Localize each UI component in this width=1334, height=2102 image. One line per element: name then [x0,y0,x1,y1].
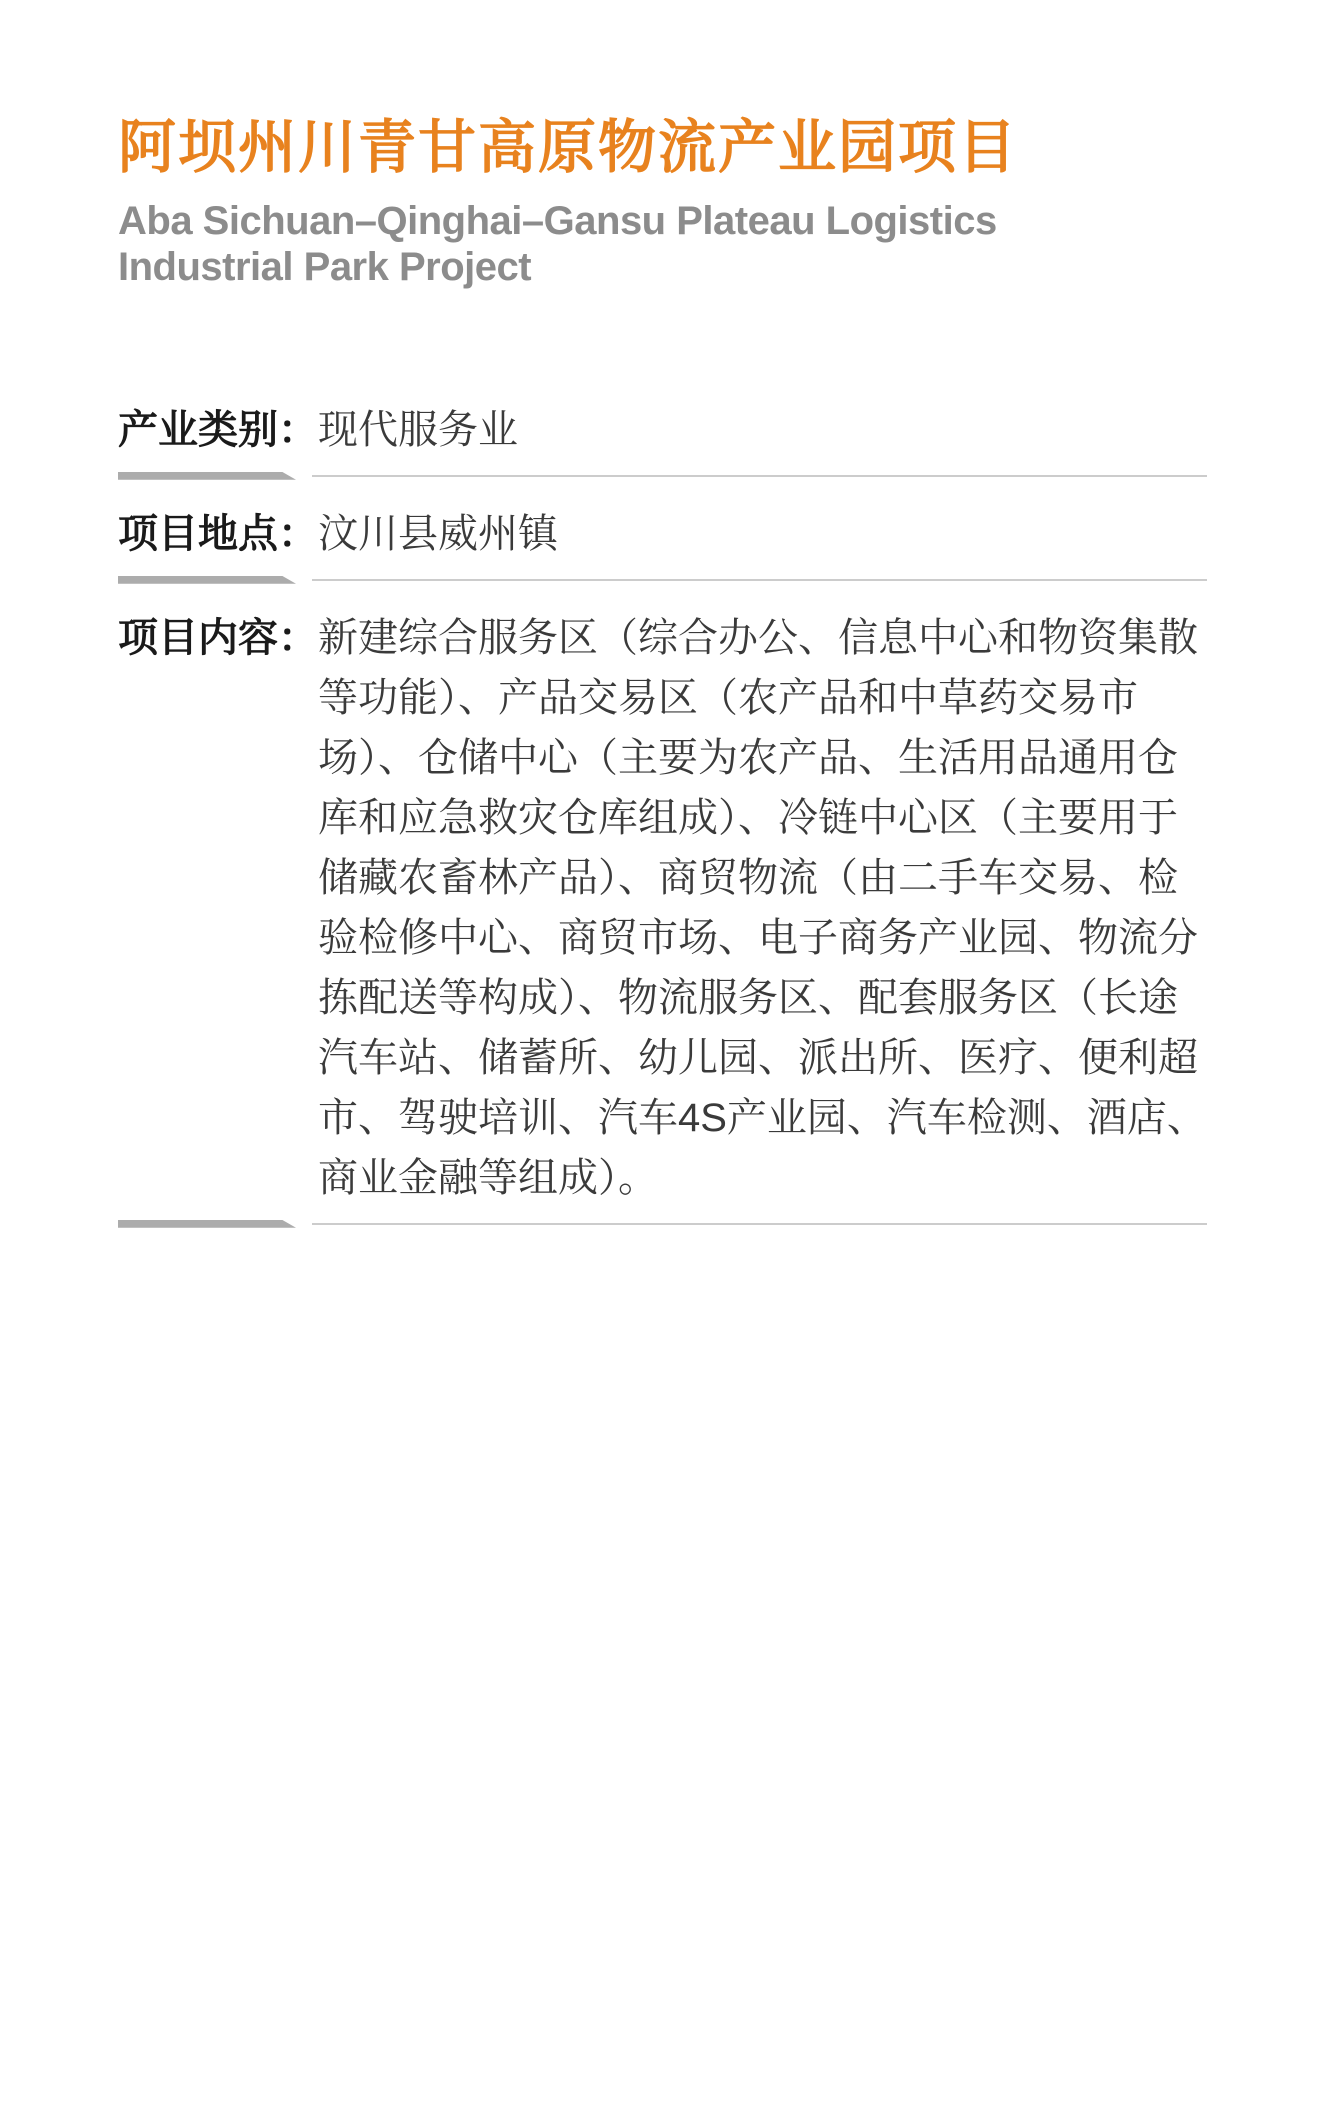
field-value-industry-category: 现代服务业 [318,400,1207,460]
field-row-industry-category: 产业类别： 现代服务业 [118,400,1207,460]
divider-line [312,1223,1207,1225]
content-line: 商业金融等组成）。 [318,1148,1207,1208]
field-value-project-location: 汶川县威州镇 [318,504,1207,564]
content-line: 储藏农畜林产品）、商贸物流（由二手车交易、检 [318,848,1207,908]
divider [118,1220,1207,1228]
divider-line [312,475,1207,477]
field-row-project-content: 项目内容： 新建综合服务区（综合办公、信息中心和物资集散 等功能）、产品交易区（… [118,608,1207,1208]
divider-bar [118,1220,296,1228]
content-line: 拣配送等构成）、物流服务区、配套服务区（长途 [318,968,1207,1028]
field-label-project-content: 项目内容： [118,608,318,668]
content-line: 汽车站、储蓄所、幼儿园、派出所、医疗、便利超 [318,1028,1207,1088]
content-line: 等功能）、产品交易区（农产品和中草药交易市 [318,668,1207,728]
project-title-en: Aba Sichuan–Qinghai–Gansu Plateau Logist… [118,198,1207,290]
document-page: 阿坝州川青甘高原物流产业园项目 Aba Sichuan–Qinghai–Gans… [0,0,1334,2102]
content-line: 库和应急救灾仓库组成）、冷链中心区（主要用于 [318,788,1207,848]
project-title-cn: 阿坝州川青甘高原物流产业园项目 [118,116,1207,180]
divider-line [312,579,1207,581]
divider [118,472,1207,480]
field-value-project-content: 新建综合服务区（综合办公、信息中心和物资集散 等功能）、产品交易区（农产品和中草… [318,608,1207,1208]
project-title-en-line1: Aba Sichuan–Qinghai–Gansu Plateau Logist… [118,198,1207,244]
field-label-industry-category: 产业类别： [118,400,318,460]
content-line: 新建综合服务区（综合办公、信息中心和物资集散 [318,608,1207,668]
divider-bar [118,576,296,584]
divider [118,576,1207,584]
content-line: 场）、仓储中心（主要为农产品、生活用品通用仓 [318,728,1207,788]
content-line: 验检修中心、商贸市场、电子商务产业园、物流分 [318,908,1207,968]
project-title-en-line2: Industrial Park Project [118,244,1207,290]
field-label-project-location: 项目地点： [118,504,318,564]
content-line: 市、驾驶培训、汽车4S产业园、汽车检测、酒店、 [318,1088,1207,1148]
field-row-project-location: 项目地点： 汶川县威州镇 [118,504,1207,564]
field-list: 产业类别： 现代服务业 项目地点： 汶川县威州镇 项目内容： 新建综合服务区（综… [118,400,1207,1228]
divider-bar [118,472,296,480]
